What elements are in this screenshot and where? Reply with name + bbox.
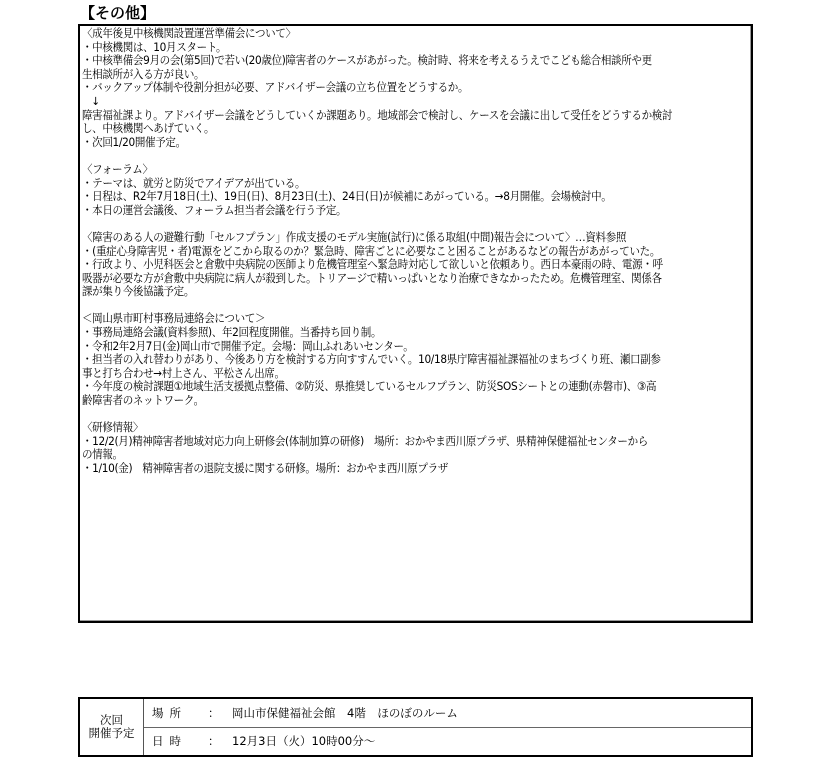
place-value: 岡山市保健福祉会館 4階 ほのぼのルーム [232,705,458,721]
note-line: ・今年度の検討課題①地域生活支援拠点整備、②防災、県推奨しているセルフプラン、防… [82,380,749,394]
datetime-key: 日時 [152,733,208,749]
note-line: ・中核準備会9月の会(第5回)で若い(20歳位)障害者のケースがあがった。検討時… [82,54,749,68]
notes-box: 〈成年後見中核機関設置運営準備会について〉 ・中核機関は、10月スタート。 ・中… [78,24,753,623]
note-line: ・中核機関は、10月スタート。 [82,41,749,55]
note-line: 〈成年後見中核機関設置運営準備会について〉 [82,27,749,41]
note-line: 課が集り今後協議予定。 [82,285,749,299]
note-line: ・本日の運営会議後、フォーラム担当者会議を行う予定。 [82,204,749,218]
note-line: ・12/2(月)精神障害者地域対応力向上研修会(体制加算の研修) 場所：おかやま… [82,435,749,449]
next-meeting-label-line2: 開催予定 [89,727,135,740]
datetime-colon: ： [208,733,232,749]
note-heading: 〈フォーラム〉 [82,163,749,177]
note-line: ・テーマは、就労と防災でアイデアが出ている。 [82,177,749,191]
note-line: 障害福祉課より。アドバイザー会議をどうしていくか課題あり。地域部会で検討し、ケー… [82,109,749,123]
note-line: 吸器が必要な方が倉敷中央病院に病人が殺到した。トリアージで精いっぱいとなり治療で… [82,272,749,286]
blank-line [82,217,749,231]
note-line: し、中核機関へあげていく。 [82,122,749,136]
section-title: 【その他】 [80,4,155,22]
next-meeting-label: 次回 開催予定 [80,699,144,755]
note-line: ・次回1/20開催予定。 [82,136,749,150]
note-line: 事と打ち合わせ→村上さん、平松さん出席。 [82,367,749,381]
note-line: 生相談所が入る方が良い。 [82,68,749,82]
next-meeting-datetime-row: 日時 ： 12月3日（火）10時00分～ [144,727,751,756]
down-arrow-icon: ↓ [82,95,749,109]
blank-line [82,149,749,163]
next-meeting-place-row: 場所 ： 岡山市保健福祉会館 4階 ほのぼのルーム [144,699,751,727]
blank-line [82,299,749,313]
note-line: 齢障害者のネットワーク。 [82,394,749,408]
note-heading: 〈障害のある人の避難行動「セルフプラン」作成支援のモデル実施(試行)に係る取組(… [82,231,749,245]
note-line: ・バックアップ体制や役割分担が必要、アドバイザー会議の立ち位置をどうするか。 [82,81,749,95]
next-meeting-table: 次回 開催予定 場所 ： 岡山市保健福祉会館 4階 ほのぼのルーム 日時 ： 1… [78,697,753,757]
note-line: ・日程は、R2年7月18日(土)、19日(日)、8月23日(土)、24日(日)が… [82,190,749,204]
datetime-value: 12月3日（火）10時00分～ [232,733,375,749]
note-heading: ＜岡山県市町村事務局連絡会について＞ [82,312,749,326]
note-line: ・行政より、小児科医会と倉敷中央病院の医師より危機管理室へ緊急時対応して欲しいと… [82,258,749,272]
notes-content: 〈成年後見中核機関設置運営準備会について〉 ・中核機関は、10月スタート。 ・中… [82,27,749,476]
next-meeting-rows: 場所 ： 岡山市保健福祉会館 4階 ほのぼのルーム 日時 ： 12月3日（火）1… [144,699,751,755]
place-key: 場所 [152,705,208,721]
note-line: ・1/10(金) 精神障害者の退院支援に関する研修。場所：おかやま西川原プラザ [82,462,749,476]
note-heading: 〈研修情報〉 [82,421,749,435]
note-line: ・事務局連絡会議(資料参照)、年2回程度開催。当番持ち回り制。 [82,326,749,340]
blank-line [82,408,749,422]
note-line: ・(重症心身障害児・者)電源をどこから取るのか？緊急時、障害ごとに必要なこと困る… [82,245,749,259]
note-line: ・担当者の入れ替わりがあり、今後あり方を検討する方向すすんでいく。10/18県庁… [82,353,749,367]
place-colon: ： [208,705,232,721]
note-line: の情報。 [82,448,749,462]
note-line: ・令和2年2月7日(金)岡山市で開催予定。会場：岡山ふれあいセンター。 [82,340,749,354]
